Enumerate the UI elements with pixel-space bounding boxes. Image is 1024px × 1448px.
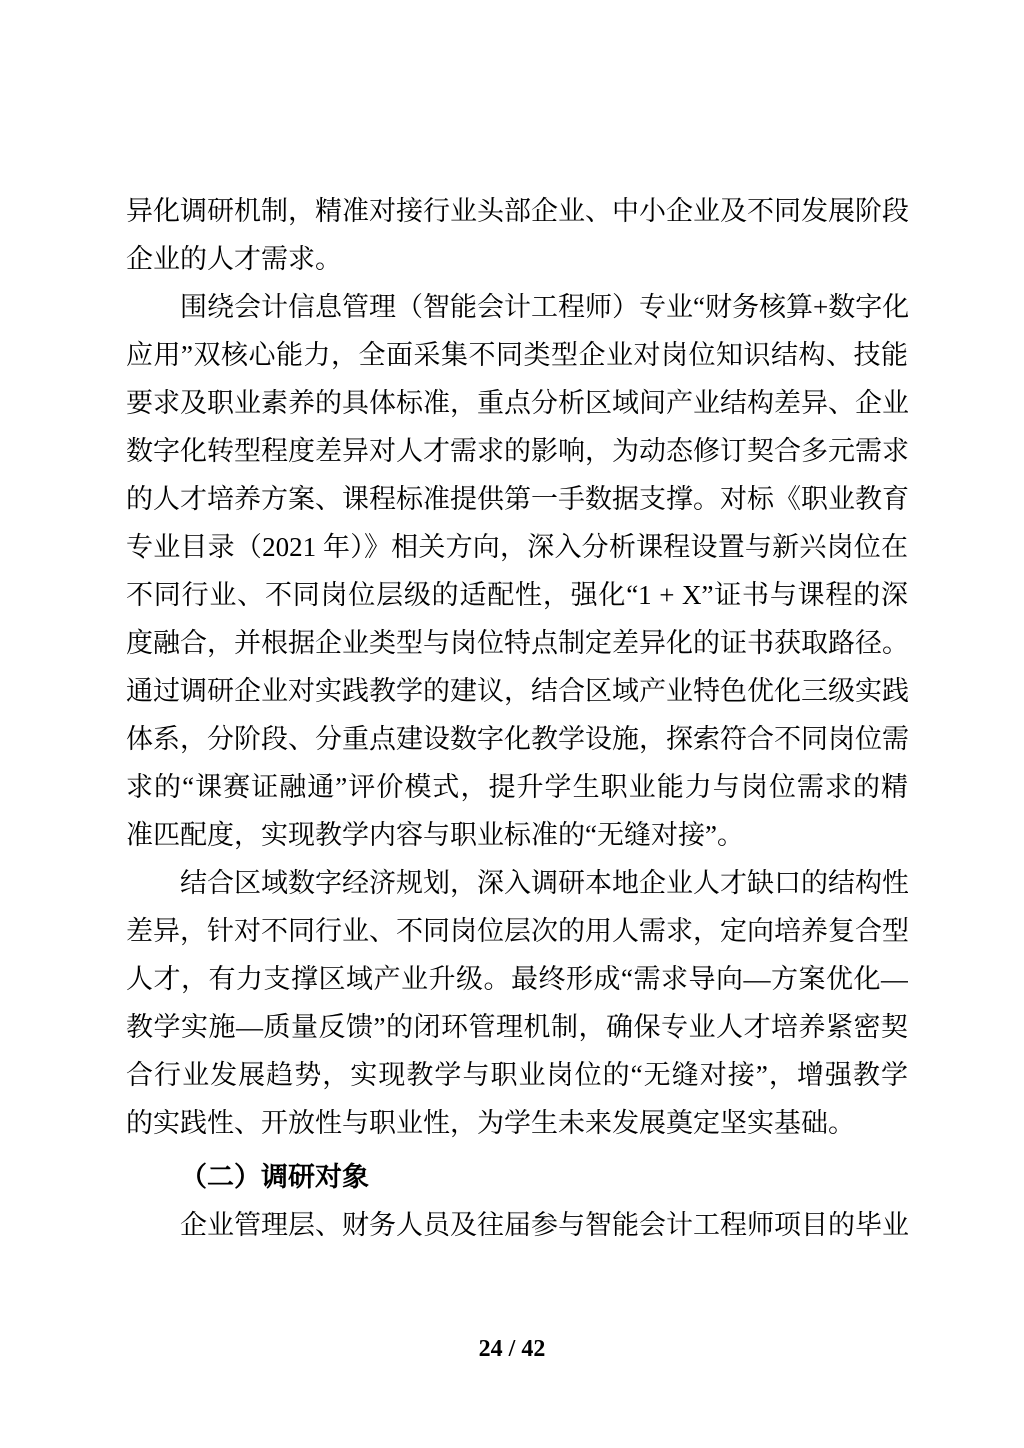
- document-body: 异化调研机制，精准对接行业头部企业、中小企业及不同发展阶段 企业的人才需求。 围…: [126, 187, 908, 1249]
- section-heading: （二）调研对象: [126, 1153, 908, 1201]
- text-line: 的人才培养方案、课程标准提供第一手数据支撑。对标《职业教育: [126, 475, 908, 523]
- text-line: 教学实施—质量反馈”的闭环管理机制，确保专业人才培养紧密契: [126, 1003, 908, 1051]
- document-page: 异化调研机制，精准对接行业头部企业、中小企业及不同发展阶段 企业的人才需求。 围…: [0, 0, 1024, 1448]
- text-line: 合行业发展趋势，实现教学与职业岗位的“无缝对接”，增强教学: [126, 1051, 908, 1099]
- text-line: 准匹配度，实现教学内容与职业标准的“无缝对接”。: [126, 811, 908, 859]
- text-line: 人才，有力支撑区域产业升级。最终形成“需求导向—方案优化—: [126, 955, 908, 1003]
- text-line: 差异，针对不同行业、不同岗位层次的用人需求，定向培养复合型: [126, 907, 908, 955]
- text-line: 企业的人才需求。: [126, 235, 908, 283]
- text-line: 的实践性、开放性与职业性，为学生未来发展奠定坚实基础。: [126, 1099, 908, 1147]
- text-line: 专业目录（2021 年）》相关方向，深入分析课程设置与新兴岗位在: [126, 523, 908, 571]
- text-line: 求的“课赛证融通”评价模式，提升学生职业能力与岗位需求的精: [126, 763, 908, 811]
- text-line: 不同行业、不同岗位层级的适配性，强化“1 + X”证书与课程的深: [126, 571, 908, 619]
- text-line: 度融合，并根据企业类型与岗位特点制定差异化的证书获取路径。: [126, 619, 908, 667]
- text-line: 要求及职业素养的具体标准，重点分析区域间产业结构差异、企业: [126, 379, 908, 427]
- text-line: 应用”双核心能力，全面采集不同类型企业对岗位知识结构、技能: [126, 331, 908, 379]
- text-line: 结合区域数字经济规划，深入调研本地企业人才缺口的结构性: [126, 859, 908, 907]
- text-line: 企业管理层、财务人员及往届参与智能会计工程师项目的毕业: [126, 1201, 908, 1249]
- text-line: 通过调研企业对实践教学的建议，结合区域产业特色优化三级实践: [126, 667, 908, 715]
- page-number: 24 / 42: [0, 1334, 1024, 1364]
- text-line: 数字化转型程度差异对人才需求的影响，为动态修订契合多元需求: [126, 427, 908, 475]
- text-line: 体系，分阶段、分重点建设数字化教学设施，探索符合不同岗位需: [126, 715, 908, 763]
- text-line: 围绕会计信息管理（智能会计工程师）专业“财务核算+数字化: [126, 283, 908, 331]
- text-line: 异化调研机制，精准对接行业头部企业、中小企业及不同发展阶段: [126, 187, 908, 235]
